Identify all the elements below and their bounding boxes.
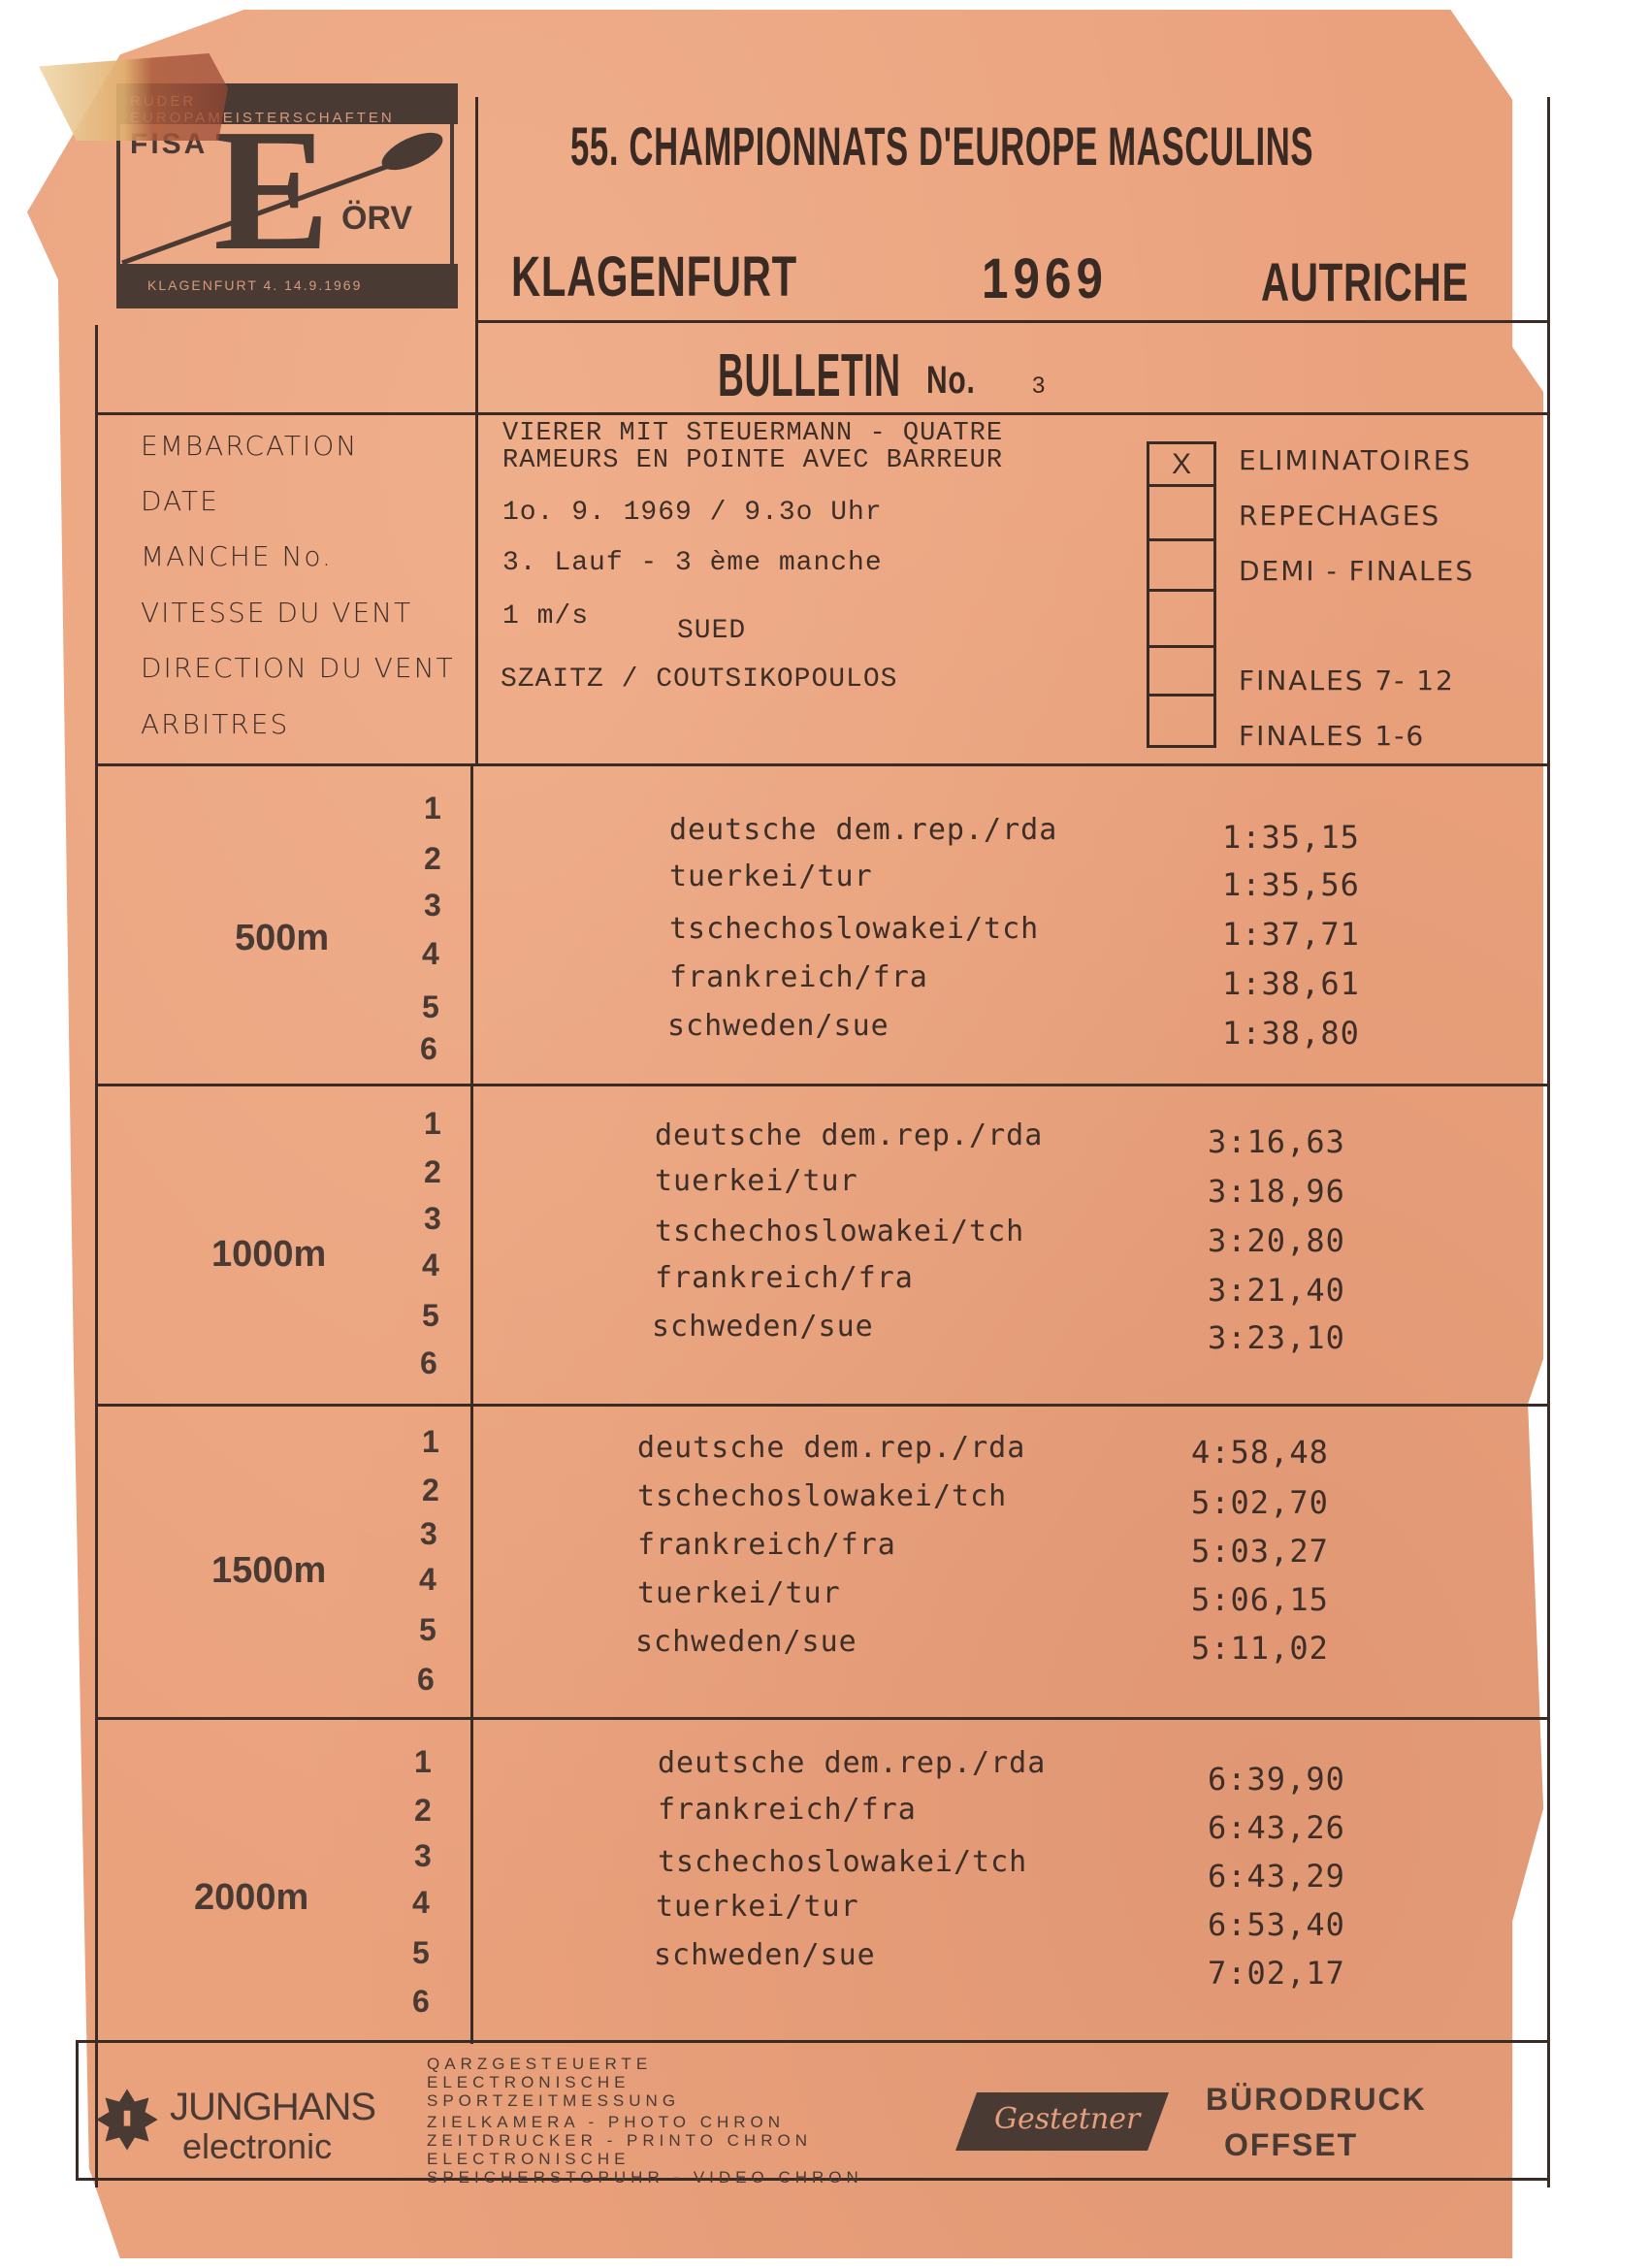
distance-500m: 500m [235,918,329,959]
value-arbitres: SZAITZ / COUTSIKOPOULOS [501,664,897,695]
rank: 4 [419,1562,436,1598]
nation: tuerkei/tur [669,859,873,893]
stage-repechages: REPECHAGES [1239,500,1440,532]
nation: deutsche dem.rep./rda [669,813,1057,847]
nation: frankreich/fra [658,1793,917,1827]
city: KLAGENFURT [511,244,797,309]
value-wind-direction: SUED [677,616,746,646]
rank: 2 [422,1473,439,1508]
rank: 6 [420,1031,437,1067]
footer-left-border [76,2040,79,2181]
championship-title: 55. CHAMPIONNATS D'EUROPE MASCULINS [570,114,1313,178]
rule-2000 [78,2040,1550,2043]
rank: 1 [424,1106,441,1142]
checkbox-demi-finales[interactable] [1147,538,1216,589]
rule-1500 [95,1717,1550,1720]
time: 6:39,90 [1208,1761,1345,1798]
nation: tschechoslowakei/tch [637,1479,1007,1513]
nation: deutsche dem.rep./rda [637,1431,1025,1465]
stage-finales-1-6: FINALES 1-6 [1239,720,1425,752]
fineprint-line: ZEITDRUCKER - PRINTO CHRON [427,2131,812,2150]
fineprint-line: QARZGESTEUERTE [427,2055,652,2073]
junghans-electronic: electronic [182,2126,332,2167]
rank: 6 [420,1345,437,1381]
time: 1:35,56 [1222,866,1360,903]
time: 3:16,63 [1208,1123,1345,1160]
adhesive-tape [39,53,228,141]
time: 1:38,80 [1222,1015,1360,1052]
rank: 1 [414,1744,432,1780]
bulletin-title: BULLETIN [718,341,901,410]
time: 1:35,15 [1222,819,1360,856]
fineprint-line: SPORTZEITMESSUNG [427,2091,680,2110]
fineprint-line: ZIELKAMERA - PHOTO CHRON [427,2113,785,2131]
rank: 3 [424,1201,441,1237]
nation: deutsche dem.rep./rda [655,1118,1043,1152]
year: 1969 [982,246,1108,311]
time: 3:18,96 [1208,1173,1345,1210]
rank: 5 [412,1935,430,1971]
time: 5:03,27 [1191,1533,1329,1570]
header-rule-1 [475,320,1550,323]
junghans-star-icon [95,2088,159,2152]
label-embarcation: EMBARCATION [141,430,358,462]
rank: 5 [422,989,439,1025]
rank: 5 [419,1612,436,1648]
nation: schweden/sue [667,1009,889,1043]
nation: frankreich/fra [655,1261,914,1295]
label-wind-direction: DIRECTION DU VENT [141,652,455,684]
nation: tschechoslowakei/tch [669,912,1039,946]
burodruck-label: BÜRODRUCK [1206,2082,1427,2118]
rule-1000 [95,1404,1550,1407]
oar-icon [116,122,458,268]
left-border [95,325,98,2187]
rank: 4 [412,1885,430,1921]
time: 3:23,10 [1208,1319,1345,1356]
junghans-brand: JUNGHANS [170,2086,375,2129]
rank: 2 [424,1154,441,1190]
nation: schweden/sue [654,1938,876,1972]
time: 5:11,02 [1191,1630,1329,1667]
label-date: DATE [141,485,219,517]
logo-bottom-band-text: KLAGENFURT 4. 14.9.1969 [147,277,362,293]
time: 1:38,61 [1222,965,1360,1002]
info-bottom-rule [95,763,1550,766]
nation: frankreich/fra [637,1528,896,1562]
rank: 3 [420,1516,437,1552]
rank: 3 [424,888,441,923]
fineprint-line: ELECTRONISCHE [427,2073,630,2091]
header-rule-2 [95,412,1550,415]
distance-2000m: 2000m [194,1877,308,1919]
nation: tuerkei/tur [656,1890,859,1924]
gestetner-text: Gestetner [994,2102,1140,2136]
value-embarcation-line2: RAMEURS EN POINTE AVEC BARREUR [502,448,1003,474]
country: AUTRICHE [1261,250,1469,313]
value-wind-speed: 1 m/s [502,601,589,632]
checkbox-repechages[interactable] [1147,484,1216,538]
rank: 2 [414,1793,432,1829]
time: 4:58,48 [1191,1434,1329,1471]
time: 5:06,15 [1191,1581,1329,1618]
time: 6:53,40 [1208,1906,1345,1943]
rank: 5 [422,1298,439,1334]
rule-500 [95,1084,1550,1086]
logo-bottom-band: KLAGENFURT 4. 14.9.1969 [116,264,458,308]
fineprint-line: SPEICHERSTOPUHR - VIDEO CHRON [427,2168,863,2187]
nation: deutsche dem.rep./rda [658,1746,1046,1780]
label-wind-speed: VITESSE DU VENT [141,597,412,629]
rank: 4 [422,1247,439,1283]
time: 6:43,29 [1208,1858,1345,1895]
stage-eliminatoires: ELIMINATOIRES [1239,444,1471,476]
bulletin-number: 3 [1032,373,1045,400]
distance-1500m: 1500m [211,1550,326,1592]
value-embarcation-line1: VIERER MIT STEUERMANN - QUATRE [502,421,1003,447]
logo-orv: ÖRV [341,200,412,238]
time: 3:21,40 [1208,1272,1345,1309]
header-divider [475,97,478,766]
value-date: 1o. 9. 1969 / 9.3o Uhr [502,498,883,528]
offset-label: OFFSET [1224,2127,1358,2163]
nation: tuerkei/tur [637,1576,841,1610]
rank: 1 [424,791,441,826]
nation: frankreich/fra [669,960,928,994]
rank: 1 [422,1424,439,1460]
label-manche: MANCHE No. [141,540,333,572]
rank: 6 [417,1662,435,1698]
time: 3:20,80 [1208,1222,1345,1259]
checkbox-finales-7-12[interactable] [1147,645,1216,694]
right-border [1547,97,1550,2187]
time: 6:43,26 [1208,1809,1345,1846]
rank: 6 [412,1984,430,2020]
rank: 3 [414,1838,432,1874]
label-arbitres: ARBITRES [141,708,289,740]
rank: 2 [424,841,441,877]
nation: schweden/sue [635,1625,857,1659]
nation: tschechoslowakei/tch [658,1845,1027,1879]
rank: 4 [422,936,439,972]
time: 1:37,71 [1222,916,1360,953]
checkbox-blank[interactable] [1147,589,1216,645]
gestetner-logo: Gestetner [955,2092,1169,2151]
time: 5:02,70 [1191,1484,1329,1521]
stage-demi-finales: DEMI - FINALES [1239,555,1474,587]
bulletin-no-label: No. [926,359,976,403]
checkbox-mark: X [1149,448,1213,481]
nation: tuerkei/tur [655,1164,858,1198]
nation: tschechoslowakei/tch [655,1215,1024,1248]
checkbox-eliminatoires[interactable]: X [1147,441,1216,484]
fineprint-line: ELECTRONISCHE [427,2150,630,2168]
checkbox-finales-1-6[interactable] [1147,694,1216,748]
distance-1000m: 1000m [211,1234,326,1276]
time: 7:02,17 [1208,1955,1345,1992]
value-manche: 3. Lauf - 3 ème manche [502,548,883,578]
nation: schweden/sue [652,1310,874,1344]
stage-finales-7-12: FINALES 7- 12 [1239,664,1455,697]
